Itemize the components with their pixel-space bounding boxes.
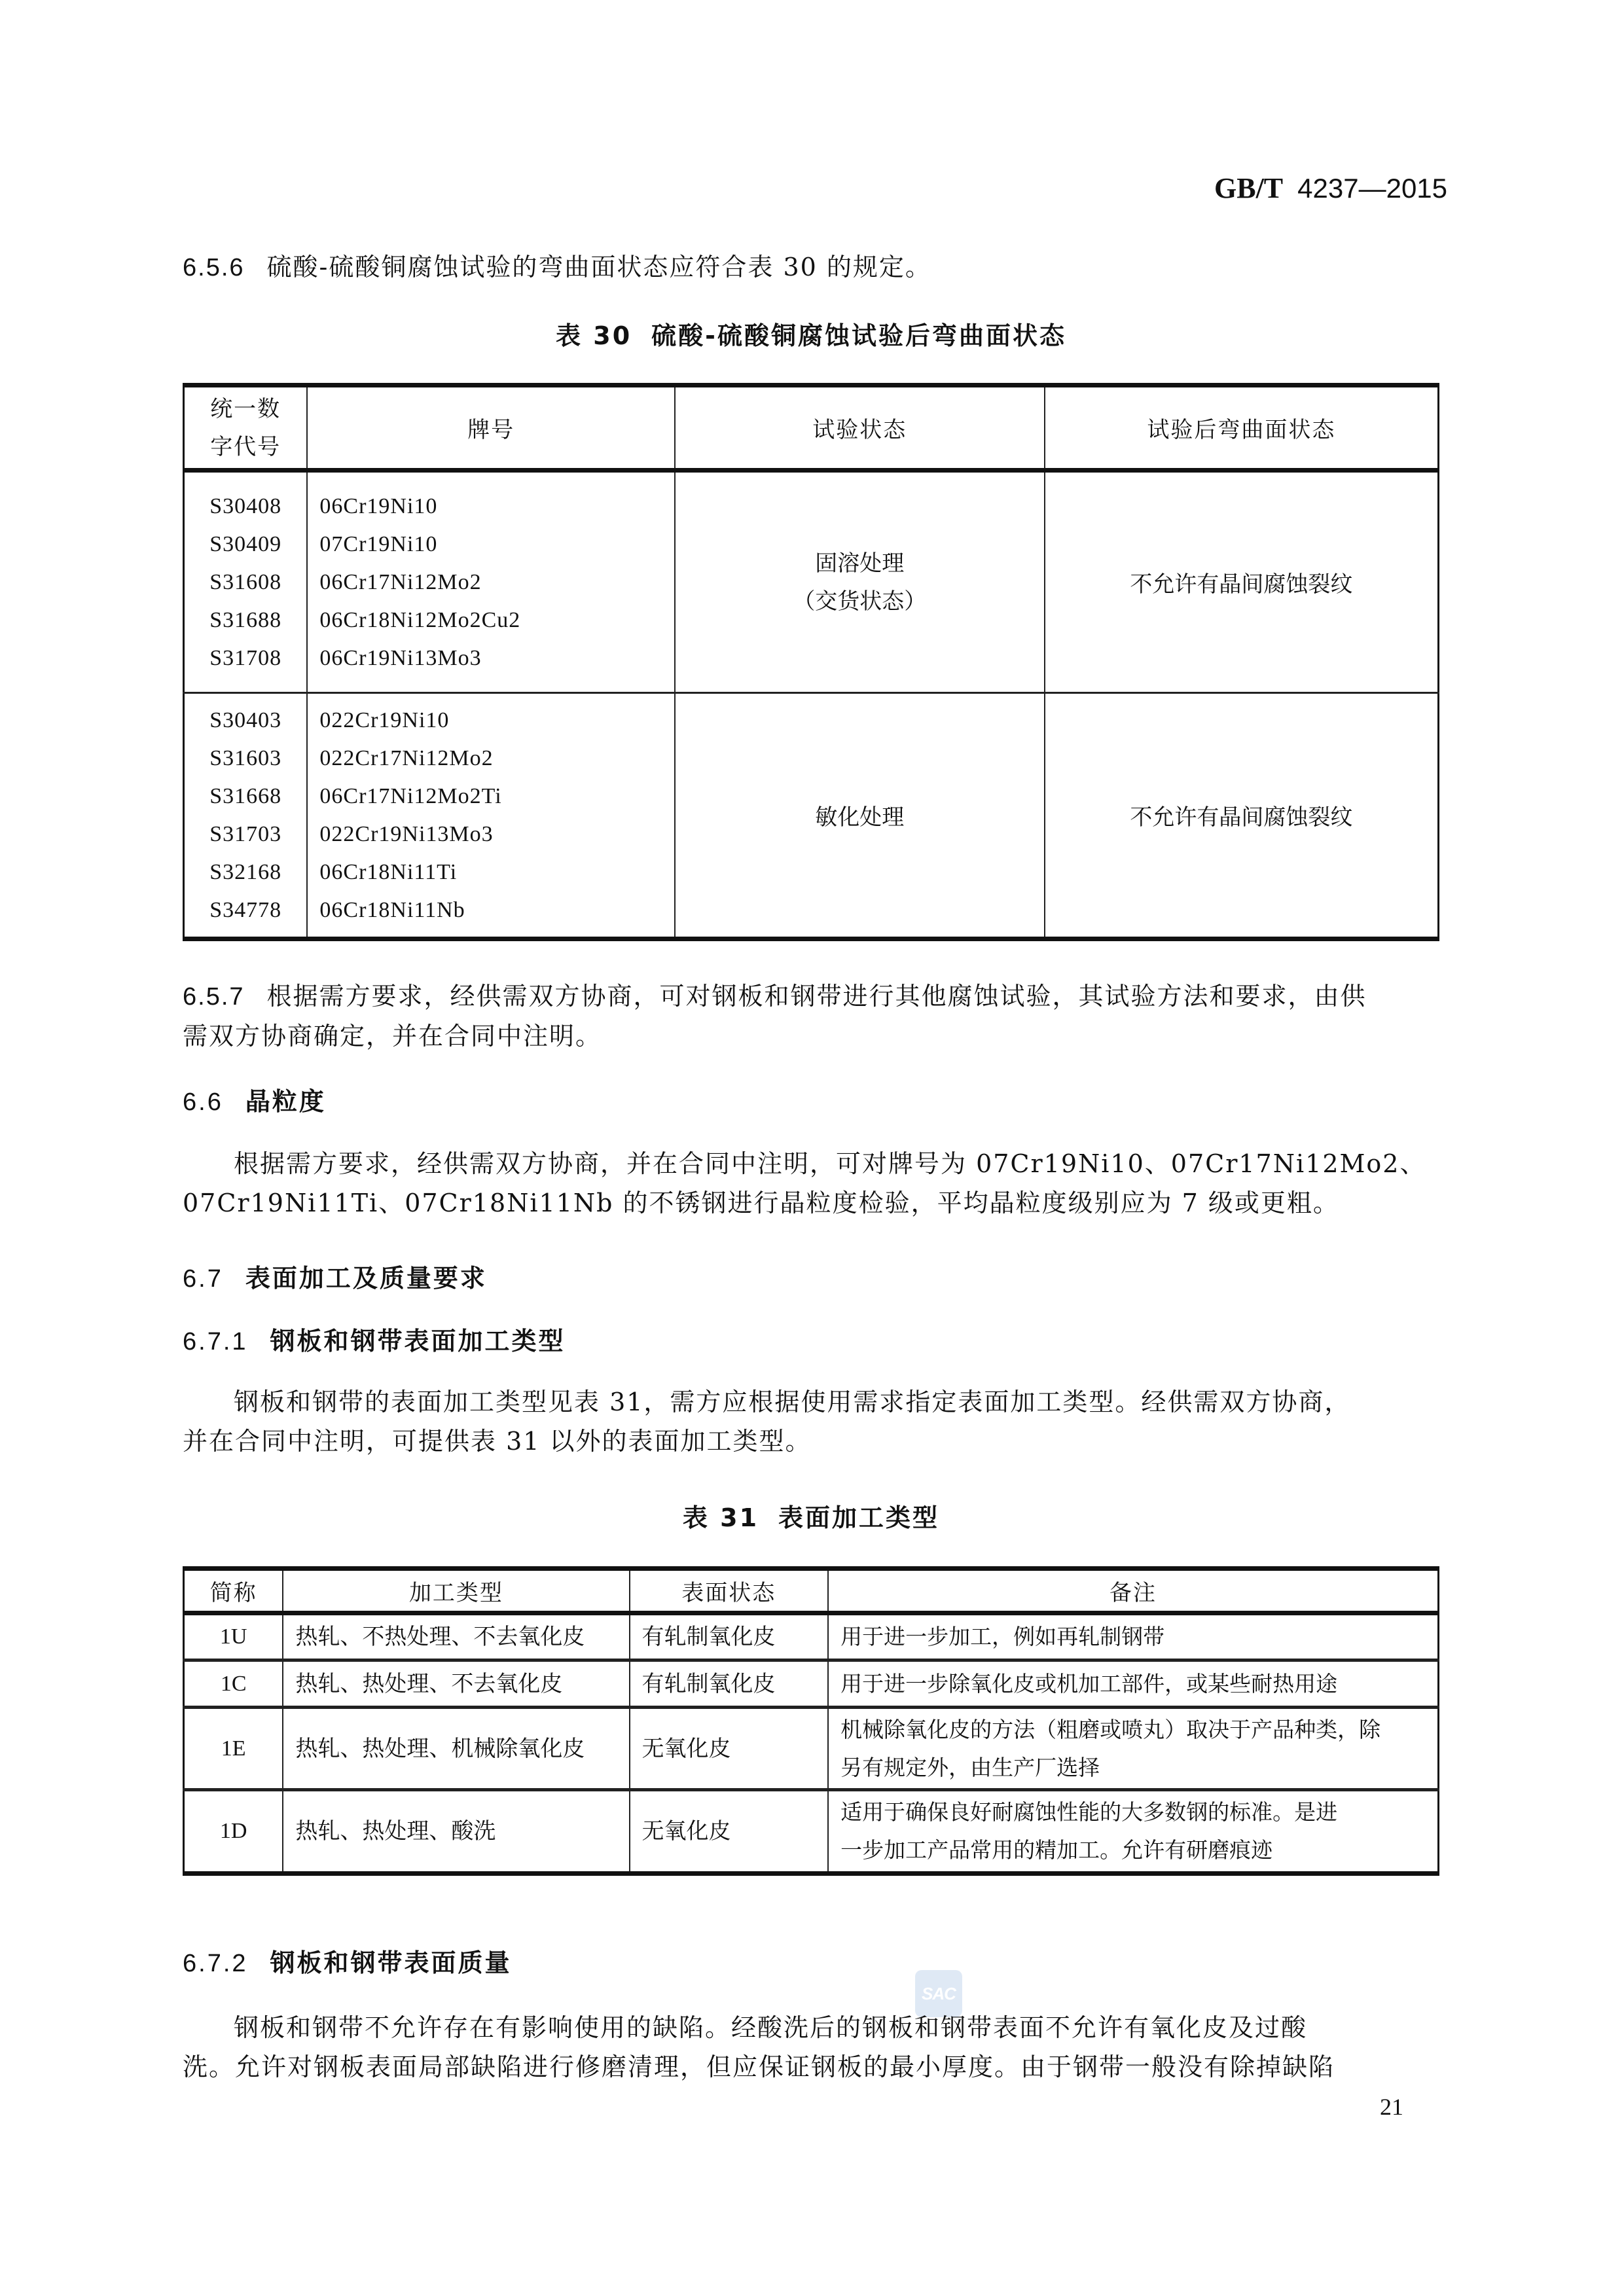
body-line: 根据需方要求，经供需双方协商，并在合同中注明，可对牌号为 07Cr19Ni10、… bbox=[183, 1144, 1426, 1183]
bend-state: 不允许有晶间腐蚀裂纹 bbox=[1045, 471, 1439, 693]
header-process: 加工类型 bbox=[283, 1569, 629, 1613]
header-surface: 表面状态 bbox=[630, 1569, 829, 1613]
code: S32168 bbox=[196, 853, 295, 891]
table-title: 表面加工类型 bbox=[778, 1503, 939, 1532]
table-row: S30408 S30409 S31608 S31688 S31708 06Cr1… bbox=[184, 471, 1439, 693]
table-title: 硫酸-硫酸铜腐蚀试验后弯曲面状态 bbox=[651, 321, 1066, 350]
code: S31688 bbox=[196, 601, 295, 639]
code: S34778 bbox=[196, 891, 295, 929]
code: S30403 bbox=[196, 702, 295, 740]
grade: 06Cr18Ni11Nb bbox=[319, 891, 662, 929]
header-note: 备注 bbox=[828, 1569, 1438, 1613]
section-title: 钢板和钢带表面质量 bbox=[270, 1948, 512, 1977]
standard-number: GB/T4237—2015 bbox=[1214, 171, 1447, 205]
section-6-7-2-heading: 6.7.2钢板和钢带表面质量 bbox=[183, 1943, 512, 1979]
note-line: 一步加工产品常用的精加工。允许有研磨痕迹 bbox=[840, 1831, 1426, 1869]
table-31: 简称 加工类型 表面状态 备注 1U 热轧、不热处理、不去氧化皮 有轧制氧化皮 … bbox=[183, 1566, 1439, 1876]
section-title: 表面加工及质量要求 bbox=[245, 1264, 487, 1293]
body-line: 钢板和钢带的表面加工类型见表 31，需方应根据使用需求指定表面加工类型。经供需双… bbox=[183, 1382, 1350, 1422]
process-cell: 热轧、热处理、酸洗 bbox=[283, 1790, 629, 1874]
table-row: 1C 热轧、热处理、不去氧化皮 有轧制氧化皮 用于进一步除氧化皮或机加工部件，或… bbox=[184, 1660, 1439, 1708]
section-title: 钢板和钢带表面加工类型 bbox=[270, 1327, 566, 1355]
header-bend-state: 试验后弯曲面状态 bbox=[1045, 386, 1439, 471]
section-title: 晶粒度 bbox=[245, 1087, 326, 1116]
note-cell: 适用于确保良好耐腐蚀性能的大多数钢的标准。是进 一步加工产品常用的精加工。允许有… bbox=[828, 1790, 1438, 1874]
clause-text-line: 根据需方要求，经供需双方协商，可对钢板和钢带进行其他腐蚀试验，其试验方法和要求，… bbox=[267, 982, 1367, 1011]
grade-list: 06Cr19Ni10 07Cr19Ni10 06Cr17Ni12Mo2 06Cr… bbox=[307, 471, 674, 693]
header-unified-code: 统一数 字代号 bbox=[184, 386, 308, 471]
grade: 06Cr18Ni11Ti bbox=[319, 853, 662, 891]
table-row: 1D 热轧、热处理、酸洗 无氧化皮 适用于确保良好耐腐蚀性能的大多数钢的标准。是… bbox=[184, 1790, 1439, 1874]
table-row: 1E 热轧、热处理、机械除氧化皮 无氧化皮 机械除氧化皮的方法（粗磨或喷丸）取决… bbox=[184, 1708, 1439, 1790]
grade: 06Cr19Ni10 bbox=[319, 488, 662, 526]
watermark-text: SAC bbox=[922, 1984, 956, 2004]
clause-number: 6.5.7 bbox=[183, 983, 245, 1011]
bend-state: 不允许有晶间腐蚀裂纹 bbox=[1045, 693, 1439, 939]
section-6-6-body: 根据需方要求，经供需双方协商，并在合同中注明，可对牌号为 07Cr19Ni10、… bbox=[183, 1144, 1426, 1223]
surface-cell: 有轧制氧化皮 bbox=[630, 1613, 829, 1660]
code-list: S30408 S30409 S31608 S31688 S31708 bbox=[184, 471, 308, 693]
header-grade: 牌号 bbox=[307, 386, 674, 471]
body-line: 07Cr19Ni11Ti、07Cr18Ni11Nb 的不锈钢进行晶粒度检验，平均… bbox=[183, 1183, 1426, 1223]
clause-text: 硫酸-硫酸铜腐蚀试验的弯曲面状态应符合表 30 的规定。 bbox=[267, 253, 931, 281]
code-list: S30403 S31603 S31668 S31703 S32168 S3477… bbox=[184, 693, 308, 939]
section-6-7-2-body: 钢板和钢带不允许存在有影响使用的缺陷。经酸洗后的钢板和钢带表面不允许有氧化皮及过… bbox=[183, 2008, 1335, 2087]
table-number: 表 30 bbox=[556, 321, 632, 350]
code: S31603 bbox=[196, 740, 295, 778]
table-30: 统一数 字代号 牌号 试验状态 试验后弯曲面状态 S30408 S30409 S… bbox=[183, 383, 1439, 941]
grade: 06Cr17Ni12Mo2Ti bbox=[319, 778, 662, 816]
standard-prefix: GB/T bbox=[1214, 172, 1283, 204]
test-condition-line: （交货状态） bbox=[687, 583, 1032, 620]
grade: 06Cr19Ni13Mo3 bbox=[319, 639, 662, 677]
surface-cell: 无氧化皮 bbox=[630, 1708, 829, 1790]
abbr-cell: 1C bbox=[184, 1660, 283, 1708]
code: S31608 bbox=[196, 564, 295, 601]
test-condition-line: 固溶处理 bbox=[687, 545, 1032, 583]
page-number: 21 bbox=[1380, 2093, 1403, 2121]
note-cell: 机械除氧化皮的方法（粗磨或喷丸）取决于产品种类，除 另有规定外，由生产厂选择 bbox=[828, 1708, 1438, 1790]
header-line: 字代号 bbox=[196, 428, 295, 466]
clause-number: 6.5.6 bbox=[183, 254, 245, 281]
code: S31703 bbox=[196, 816, 295, 853]
note-line: 适用于确保良好耐腐蚀性能的大多数钢的标准。是进 bbox=[840, 1793, 1426, 1831]
body-line: 钢板和钢带不允许存在有影响使用的缺陷。经酸洗后的钢板和钢带表面不允许有氧化皮及过… bbox=[183, 2008, 1335, 2047]
table-30-caption: 表 30硫酸-硫酸铜腐蚀试验后弯曲面状态 bbox=[183, 315, 1439, 351]
code: S30408 bbox=[196, 488, 295, 526]
note-cell: 用于进一步加工，例如再轧制钢带 bbox=[828, 1613, 1438, 1660]
abbr-cell: 1U bbox=[184, 1613, 283, 1660]
code: S30409 bbox=[196, 526, 295, 564]
table-row: 1U 热轧、不热处理、不去氧化皮 有轧制氧化皮 用于进一步加工，例如再轧制钢带 bbox=[184, 1613, 1439, 1660]
grade: 022Cr19Ni13Mo3 bbox=[319, 816, 662, 853]
table-row: S30403 S31603 S31668 S31703 S32168 S3477… bbox=[184, 693, 1439, 939]
code: S31708 bbox=[196, 639, 295, 677]
section-number: 6.7.1 bbox=[183, 1328, 248, 1355]
grade: 022Cr19Ni10 bbox=[319, 702, 662, 740]
section-6-6-heading: 6.6晶粒度 bbox=[183, 1081, 326, 1117]
process-cell: 热轧、热处理、不去氧化皮 bbox=[283, 1660, 629, 1708]
test-condition: 固溶处理 （交货状态） bbox=[675, 471, 1045, 693]
body-line: 并在合同中注明，可提供表 31 以外的表面加工类型。 bbox=[183, 1422, 1350, 1461]
section-6-7-1-body: 钢板和钢带的表面加工类型见表 31，需方应根据使用需求指定表面加工类型。经供需双… bbox=[183, 1382, 1350, 1461]
clause-6-5-6: 6.5.6硫酸-硫酸铜腐蚀试验的弯曲面状态应符合表 30 的规定。 bbox=[183, 247, 931, 287]
header-abbr: 简称 bbox=[184, 1569, 283, 1613]
grade-list: 022Cr19Ni10 022Cr17Ni12Mo2 06Cr17Ni12Mo2… bbox=[307, 693, 674, 939]
abbr-cell: 1E bbox=[184, 1708, 283, 1790]
note-cell: 用于进一步除氧化皮或机加工部件，或某些耐热用途 bbox=[828, 1660, 1438, 1708]
abbr-cell: 1D bbox=[184, 1790, 283, 1874]
test-condition: 敏化处理 bbox=[675, 693, 1045, 939]
table-31-caption: 表 31表面加工类型 bbox=[183, 1498, 1439, 1534]
clause-text-line: 需双方协商确定，并在合同中注明。 bbox=[183, 1016, 1367, 1056]
note-line: 另有规定外，由生产厂选择 bbox=[840, 1749, 1426, 1787]
section-6-7-heading: 6.7表面加工及质量要求 bbox=[183, 1258, 487, 1294]
surface-cell: 有轧制氧化皮 bbox=[630, 1660, 829, 1708]
process-cell: 热轧、不热处理、不去氧化皮 bbox=[283, 1613, 629, 1660]
header-line: 统一数 bbox=[196, 390, 295, 428]
clause-6-5-7: 6.5.7根据需方要求，经供需双方协商，可对钢板和钢带进行其他腐蚀试验，其试验方… bbox=[183, 977, 1367, 1056]
process-cell: 热轧、热处理、机械除氧化皮 bbox=[283, 1708, 629, 1790]
note-line: 机械除氧化皮的方法（粗磨或喷丸）取决于产品种类，除 bbox=[840, 1711, 1426, 1749]
section-6-7-1-heading: 6.7.1钢板和钢带表面加工类型 bbox=[183, 1321, 566, 1357]
table-number: 表 31 bbox=[683, 1503, 759, 1532]
grade: 07Cr19Ni10 bbox=[319, 526, 662, 564]
section-number: 6.7.2 bbox=[183, 1950, 248, 1977]
section-number: 6.7 bbox=[183, 1265, 223, 1293]
grade: 06Cr17Ni12Mo2 bbox=[319, 564, 662, 601]
standard-code: 4237—2015 bbox=[1297, 173, 1447, 204]
table-header-row: 统一数 字代号 牌号 试验状态 试验后弯曲面状态 bbox=[184, 386, 1439, 471]
table-header-row: 简称 加工类型 表面状态 备注 bbox=[184, 1569, 1439, 1613]
section-number: 6.6 bbox=[183, 1088, 223, 1116]
header-test-condition: 试验状态 bbox=[675, 386, 1045, 471]
grade: 06Cr18Ni12Mo2Cu2 bbox=[319, 601, 662, 639]
surface-cell: 无氧化皮 bbox=[630, 1790, 829, 1874]
grade: 022Cr17Ni12Mo2 bbox=[319, 740, 662, 778]
body-line: 洗。允许对钢板表面局部缺陷进行修磨清理，但应保证钢板的最小厚度。由于钢带一般没有… bbox=[183, 2047, 1335, 2087]
code: S31668 bbox=[196, 778, 295, 816]
